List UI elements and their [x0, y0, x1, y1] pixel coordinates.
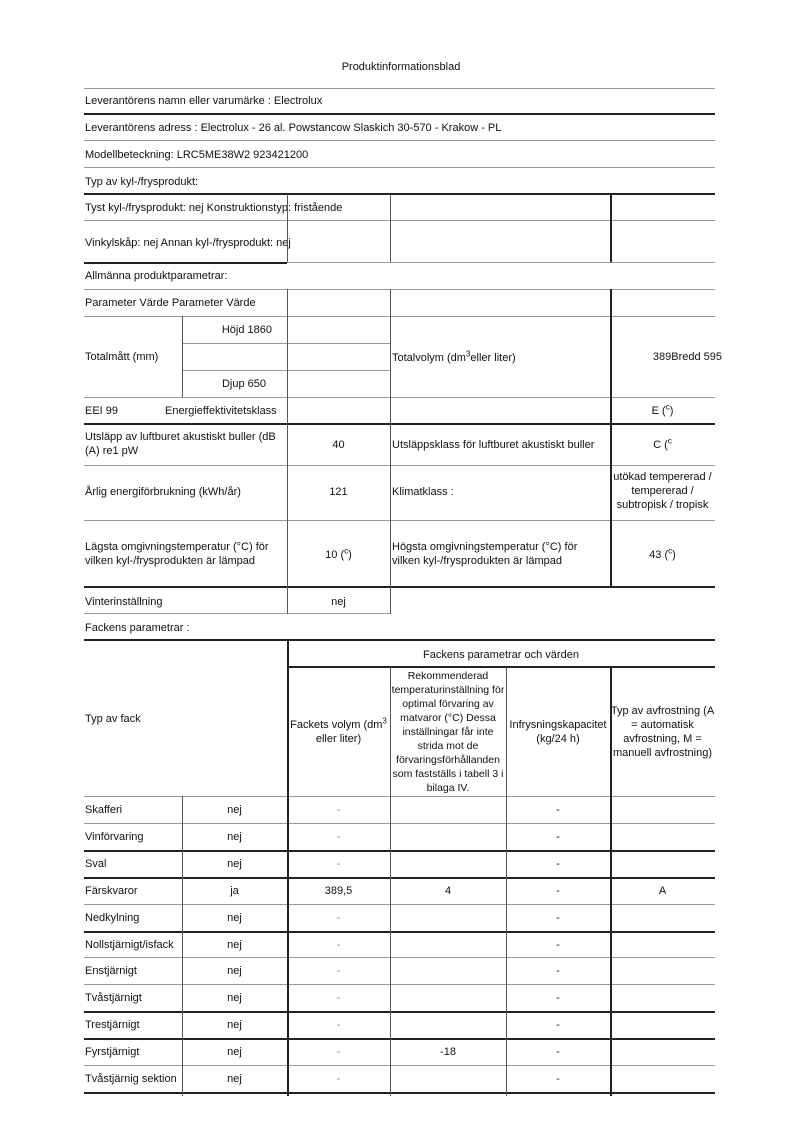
divider [84, 193, 715, 195]
max-temp-label: Högsta omgivningstemperatur (°C) för vil… [392, 540, 592, 568]
divider [84, 639, 715, 641]
cell-present: nej [182, 857, 287, 871]
row-divider [84, 823, 715, 824]
divider [84, 289, 715, 290]
cell-volume: - [287, 1045, 390, 1059]
cell-freeze: - [506, 1072, 610, 1086]
cell-present: nej [182, 803, 287, 817]
column-line [390, 289, 391, 614]
cell-type: Tvåstjärnigt [85, 991, 180, 1005]
cell-freeze: - [506, 803, 610, 817]
column-line [182, 796, 183, 1096]
cell-present: nej [182, 1018, 287, 1032]
noise-class-value: C (c [610, 438, 715, 452]
divider [84, 140, 715, 141]
divider [84, 167, 715, 168]
paren: ) [670, 405, 674, 417]
divider [84, 796, 715, 797]
cell-volume: - [287, 991, 390, 1005]
row-divider [84, 1011, 715, 1013]
cell-freeze: - [506, 830, 610, 844]
cell-volume: - [287, 911, 390, 925]
row-divider [84, 931, 715, 933]
column-line [506, 667, 507, 1096]
divider [84, 88, 715, 89]
cell-volume: - [287, 830, 390, 844]
winter-value: nej [287, 595, 390, 609]
cell-volume: - [287, 857, 390, 871]
paren: ) [672, 549, 676, 561]
cell-present: nej [182, 964, 287, 978]
general-heading: Allmänna produktparametrar: [85, 269, 227, 283]
cell-type: Nollstjärnigt/isfack [85, 938, 180, 952]
col-defrost-header: Typ av avfrostning (A = automatisk avfro… [610, 704, 715, 760]
cell-present: nej [182, 938, 287, 952]
cell-volume: - [287, 1072, 390, 1086]
dimensions-label: Totalmått (mm) [85, 350, 158, 364]
general-header-row: Parameter Värde Parameter Värde [85, 296, 256, 310]
annual-energy-value: 121 [287, 485, 390, 499]
cell-freeze: - [506, 938, 610, 952]
column-line [287, 640, 289, 1096]
product-type-heading: Typ av kyl-/frysprodukt: [85, 175, 198, 189]
divider [84, 586, 715, 588]
max-temp-text: 43 ( [649, 549, 668, 561]
column-line [610, 667, 612, 1096]
row-divider [84, 1065, 715, 1066]
col-volume-header: Fackets volym (dm3 eller liter) [287, 718, 390, 746]
cell-type: Enstjärnigt [85, 964, 180, 978]
height-value: Höjd 1860 [182, 323, 272, 337]
divider [84, 316, 715, 317]
cell-volume: - [287, 964, 390, 978]
divider [84, 262, 287, 264]
cell-freeze: - [506, 911, 610, 925]
noise-value: 40 [287, 438, 390, 452]
total-volume-label-text: Totalvolym (dm [392, 352, 466, 364]
cell-type: Trestjärnigt [85, 1018, 180, 1032]
compartments-heading: Fackens parametrar : [85, 621, 190, 635]
supplier-name: Leverantörens namn eller varumärke : Ele… [85, 94, 322, 108]
cell-type: Vinförvaring [85, 830, 180, 844]
cell-type: Tvåstjärnig sektion [85, 1072, 180, 1086]
cell-type: Skafferi [85, 803, 180, 817]
energy-class-label: Energieffektivitetsklass [165, 404, 277, 418]
min-temp-text: 10 ( [325, 549, 344, 561]
cell-freeze: - [506, 884, 610, 898]
max-temp-value: 43 (c) [610, 548, 715, 562]
row-divider [84, 1038, 715, 1040]
type-header: Typ av fack [85, 712, 141, 726]
cell-freeze: - [506, 857, 610, 871]
row-divider [84, 904, 715, 905]
row-divider [84, 1092, 715, 1094]
noise-label: Utsläpp av luftburet akustiskt buller (d… [85, 430, 290, 458]
col-volume-tail: eller liter) [316, 733, 361, 745]
product-type-row1: Tyst kyl-/frysprodukt: nej Konstruktions… [85, 201, 342, 215]
cell-volume: 389,5 [287, 884, 390, 898]
column-line [390, 194, 391, 262]
supplier-address: Leverantörens adress : Electrolux - 26 a… [85, 121, 501, 135]
total-volume-label: Totalvolym (dm3eller liter) [392, 351, 516, 365]
cell-temp: -18 [390, 1045, 506, 1059]
total-volume-value: 389Bredd 595 [612, 350, 722, 364]
column-line [390, 667, 391, 1096]
column-line [610, 194, 612, 262]
divider [84, 613, 390, 614]
paren: ) [348, 549, 352, 561]
superscript: 3 [382, 716, 386, 725]
divider [84, 423, 715, 425]
cell-freeze: - [506, 1018, 610, 1032]
cell-present: nej [182, 991, 287, 1005]
page-title: Produktinformationsblad [0, 61, 802, 73]
divider [182, 370, 390, 371]
row-divider [84, 850, 715, 852]
climate-label: Klimatklass : [392, 485, 454, 499]
column-line [287, 289, 288, 614]
col-volume-text: Fackets volym (dm [290, 719, 382, 731]
cell-present: nej [182, 1045, 287, 1059]
cell-volume: - [287, 1018, 390, 1032]
superscript: c [668, 436, 672, 445]
cell-freeze: - [506, 991, 610, 1005]
cell-present: ja [182, 884, 287, 898]
column-line [182, 316, 183, 397]
noise-class-text: C ( [653, 439, 668, 451]
total-volume-label-tail: eller liter) [470, 352, 515, 364]
col-temp-header: Rekommenderad temperaturinställning för … [390, 669, 506, 795]
column-line [287, 194, 288, 262]
divider [84, 220, 715, 221]
row-divider [84, 877, 715, 879]
eei-value: EEI 99 [85, 404, 118, 418]
row-divider [84, 984, 715, 985]
divider [287, 262, 715, 263]
cell-present: nej [182, 911, 287, 925]
cell-present: nej [182, 1072, 287, 1086]
min-temp-value: 10 (c) [287, 548, 390, 562]
cell-defrost: A [610, 884, 715, 898]
cell-type: Färskvaror [85, 884, 180, 898]
product-type-row2: Vinkylskåp: nej Annan kyl-/frysprodukt: … [85, 236, 291, 250]
cell-temp: 4 [390, 884, 506, 898]
col-freeze-header: Infrysningskapacitet (kg/24 h) [506, 718, 610, 746]
cell-type: Sval [85, 857, 180, 871]
min-temp-label: Lägsta omgivningstemperatur (°C) för vil… [85, 540, 285, 568]
divider [287, 666, 715, 668]
model-identifier: Modellbeteckning: LRC5ME38W2 923421200 [85, 148, 308, 162]
energy-class-text: E ( [652, 405, 666, 417]
cell-freeze: - [506, 1045, 610, 1059]
noise-class-label: Utsläppsklass för luftburet akustiskt bu… [392, 438, 594, 452]
cell-freeze: - [506, 964, 610, 978]
divider [182, 343, 390, 344]
group-header: Fackens parametrar och värden [287, 648, 715, 662]
cell-volume: - [287, 803, 390, 817]
energy-class-value: E (c) [610, 404, 715, 418]
winter-label: Vinterinställning [85, 595, 162, 609]
column-line [610, 289, 612, 587]
depth-value: Djup 650 [182, 377, 266, 391]
climate-value: utökad tempererad / tempererad / subtrop… [611, 470, 714, 512]
divider [84, 465, 715, 466]
cell-present: nej [182, 830, 287, 844]
cell-volume: - [287, 938, 390, 952]
divider [84, 397, 715, 398]
cell-type: Fyrstjärnigt [85, 1045, 180, 1059]
row-divider [84, 957, 715, 958]
divider [84, 113, 715, 115]
divider [84, 520, 715, 521]
cell-type: Nedkylning [85, 911, 180, 925]
annual-energy-label: Årlig energiförbrukning (kWh/år) [85, 485, 241, 499]
